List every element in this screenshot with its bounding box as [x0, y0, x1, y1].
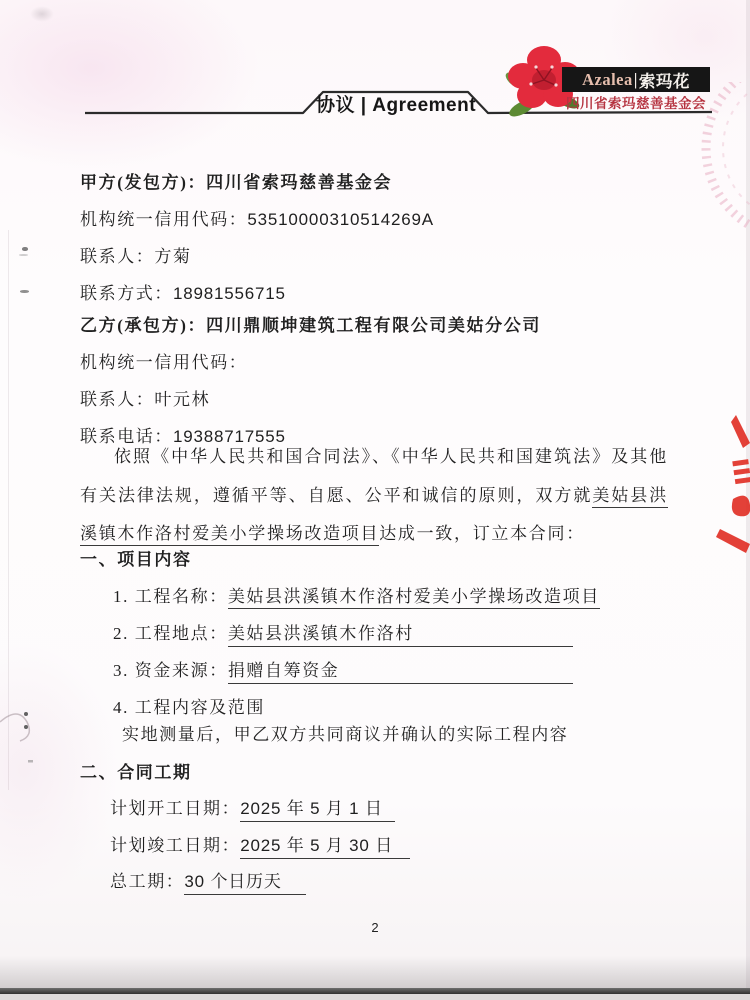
brand-separator: | [634, 70, 638, 90]
item-label: 计划竣工日期： [110, 836, 240, 855]
scan-curl-mark [0, 698, 42, 768]
contract-scan-page: 协议 | Agreement Azalea|索玛花 四川省索玛慈善基金 [0, 0, 750, 1000]
page-number: 2 [340, 920, 410, 935]
scan-blotch [0, 0, 260, 170]
item-value-underlined: 2025 年 5 月 1 日 [240, 794, 395, 822]
phone-value: 18981556715 [173, 284, 286, 303]
scan-speck [22, 247, 28, 251]
item-label: 4. 工程内容及范围 [113, 698, 265, 717]
credit-code-label: 机构统一信用代码： [80, 353, 247, 372]
item-value-underlined: 2025 年 5 月 30 日 [240, 831, 410, 859]
section1-heading: 一、项目内容 [80, 545, 192, 570]
item-label: 1. 工程名称： [113, 587, 228, 606]
party-a-label: 甲方(发包方)： [80, 173, 206, 192]
item-label: 总工期： [110, 872, 184, 891]
brand-name-cn: 索玛花 [639, 68, 690, 92]
item-value-underlined: 美姑县洪溪镇木作洛村 [228, 619, 573, 647]
item-project-name: 1. 工程名称：美姑县洪溪镇木作洛村爱美小学操场改造项目 [113, 582, 600, 607]
item-label: 2. 工程地点： [113, 624, 228, 643]
item-value-underlined: 30 个日历天 [184, 867, 306, 895]
preamble-text: 依照《中华人民共和国合同法》、《中华人民共和国建筑法》及其他有关法律法规，遵循平… [80, 447, 668, 505]
party-b-name: 四川鼎顺坤建筑工程有限公司美姑分公司 [206, 316, 541, 335]
scope-note: 实地测量后，甲乙双方共同商议并确认的实际工程内容 [122, 720, 568, 745]
party-a-contact: 联系人：方菊 [80, 242, 192, 267]
preamble-text: 达成一致，订立本合同： [379, 524, 585, 543]
red-stamp-fragment [700, 405, 750, 555]
brand-name-en: Azalea [582, 70, 633, 90]
credit-code-label: 机构统一信用代码： [80, 210, 247, 229]
item-label: 3. 资金来源： [113, 661, 228, 680]
scan-smudge [30, 6, 54, 22]
faint-seal-stamp [688, 82, 750, 232]
item-total-duration: 总工期：30 个日历天 [110, 867, 306, 895]
scan-speck [20, 290, 29, 293]
scan-bottom-shadow [0, 956, 750, 988]
party-b-heading: 乙方(承包方)：四川鼎顺坤建筑工程有限公司美姑分公司 [80, 311, 541, 336]
item-scope: 4. 工程内容及范围 [113, 693, 265, 718]
item-project-location: 2. 工程地点：美姑县洪溪镇木作洛村 [113, 619, 573, 647]
party-a-heading: 甲方(发包方)：四川省索玛慈善基金会 [80, 168, 392, 193]
item-start-date: 计划开工日期：2025 年 5 月 1 日 [110, 794, 395, 822]
party-b-credit-code: 机构统一信用代码： [80, 348, 247, 373]
scan-speck [19, 254, 28, 256]
contact-value: 叶元林 [154, 390, 210, 409]
party-a-phone: 联系方式：18981556715 [80, 279, 286, 304]
contact-label: 联系人： [80, 247, 154, 266]
contact-value: 方菊 [154, 247, 191, 266]
section2-heading: 二、合同工期 [80, 758, 192, 783]
phone-label: 联系方式： [80, 284, 173, 303]
party-b-label: 乙方(承包方)： [80, 316, 206, 335]
preamble-paragraph: 依照《中华人民共和国合同法》、《中华人民共和国建筑法》及其他有关法律法规，遵循平… [80, 438, 668, 554]
credit-code-value: 53510000310514269A [247, 210, 433, 229]
item-value-underlined: 捐赠自筹资金 [228, 656, 573, 684]
item-finish-date: 计划竣工日期：2025 年 5 月 30 日 [110, 831, 410, 859]
party-b-contact: 联系人：叶元林 [80, 385, 210, 410]
party-a-credit-code: 机构统一信用代码：53510000310514269A [80, 205, 434, 230]
contact-label: 联系人： [80, 390, 154, 409]
item-value-underlined: 美姑县洪溪镇木作洛村爱美小学操场改造项目 [228, 587, 600, 609]
item-funding-source: 3. 资金来源：捐赠自筹资金 [113, 656, 573, 684]
item-label: 计划开工日期： [110, 799, 240, 818]
banner-title: 协议 | Agreement [300, 93, 492, 119]
scan-below-edge [0, 994, 750, 1000]
party-a-name: 四川省索玛慈善基金会 [206, 173, 392, 192]
